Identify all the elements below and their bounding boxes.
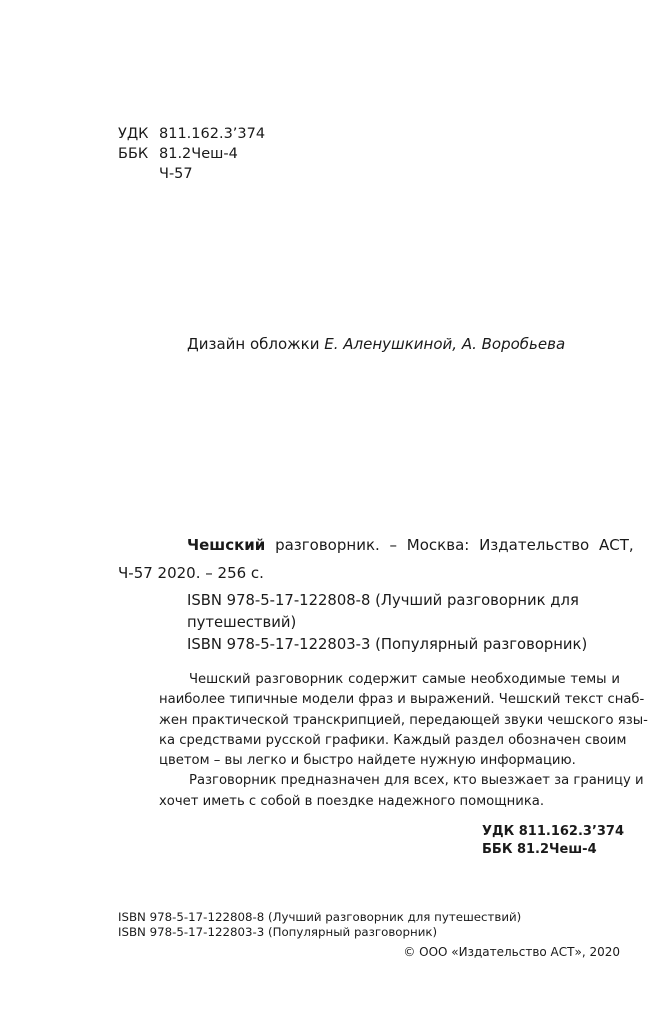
annotation: Чешский разговорник содержит самые необх… [159,670,620,812]
annotation-line: Чешский разговорник содержит самые необх… [159,670,620,690]
isbn-line: ISBN 978-5-17-122803-3 (Популярный разго… [187,634,607,656]
footer-isbn-line: ISBN 978-5-17-122803-3 (Популярный разго… [118,925,521,940]
biblio-line-2: Ч-57 2020. – 256 с. [118,559,620,587]
udk-label: УДК [118,124,159,144]
classification-codes: УДК 811.162.3’374 ББК 81.2Чеш-4 Ч-57 [118,124,265,184]
isbn-line: ISBN 978-5-17-122808-8 (Лучший разговорн… [187,590,607,612]
biblio-line-1-rest: разговорник. – Москва: Издательство АСТ, [265,536,633,554]
annotation-paragraph-2: Разговорник предназначен для всех, кто в… [159,771,620,812]
annotation-line: ка средствами русской графики. Каждый ра… [159,731,620,751]
bbk-bottom: ББК 81.2Чеш-4 [482,841,620,859]
annotation-line: Разговорник предназначен для всех, кто в… [159,771,620,791]
design-prefix: Дизайн обложки [187,335,324,353]
udk-bottom: УДК 811.162.3’374 [482,823,620,841]
copyright-notice: © ООО «Издательство АСТ», 2020 [403,945,620,959]
isbn-line: путешествий) [187,612,607,634]
udk-row: УДК 811.162.3’374 [118,124,265,144]
isbn-block: ISBN 978-5-17-122808-8 (Лучший разговорн… [187,590,607,656]
biblio-line-1: Чешский разговорник. – Москва: Издательс… [118,531,620,559]
bbk-value: 81.2Чеш-4 [159,144,238,164]
annotation-line: жен практической транскрипцией, передающ… [159,711,620,731]
bbk-row: ББК 81.2Чеш-4 [118,144,265,164]
footer-isbn-line: ISBN 978-5-17-122808-8 (Лучший разговорн… [118,910,521,925]
annotation-line: хочет иметь с собой в поездке надежного … [159,792,620,812]
book-title: Чешский [187,536,265,554]
annotation-line: наиболее типичные модели фраз и выражени… [159,690,620,710]
bbk-label: ББК [118,144,159,164]
annotation-line: цветом – вы легко и быстро найдете нужну… [159,751,620,771]
annotation-paragraph-1: Чешский разговорник содержит самые необх… [159,670,620,771]
bibliographic-record: Чешский разговорник. – Москва: Издательс… [118,531,620,587]
author-mark-row: Ч-57 [118,164,265,184]
cover-design-credit: Дизайн обложки Е. Аленушкиной, А. Воробь… [187,335,565,353]
footer-isbn-block: ISBN 978-5-17-122808-8 (Лучший разговорн… [118,910,521,940]
designer-names: Е. Аленушкиной, А. Воробьева [324,335,565,353]
author-mark: Ч-57 [159,164,193,184]
classification-codes-bottom: УДК 811.162.3’374 ББК 81.2Чеш-4 [460,823,620,859]
udk-value: 811.162.3’374 [159,124,265,144]
